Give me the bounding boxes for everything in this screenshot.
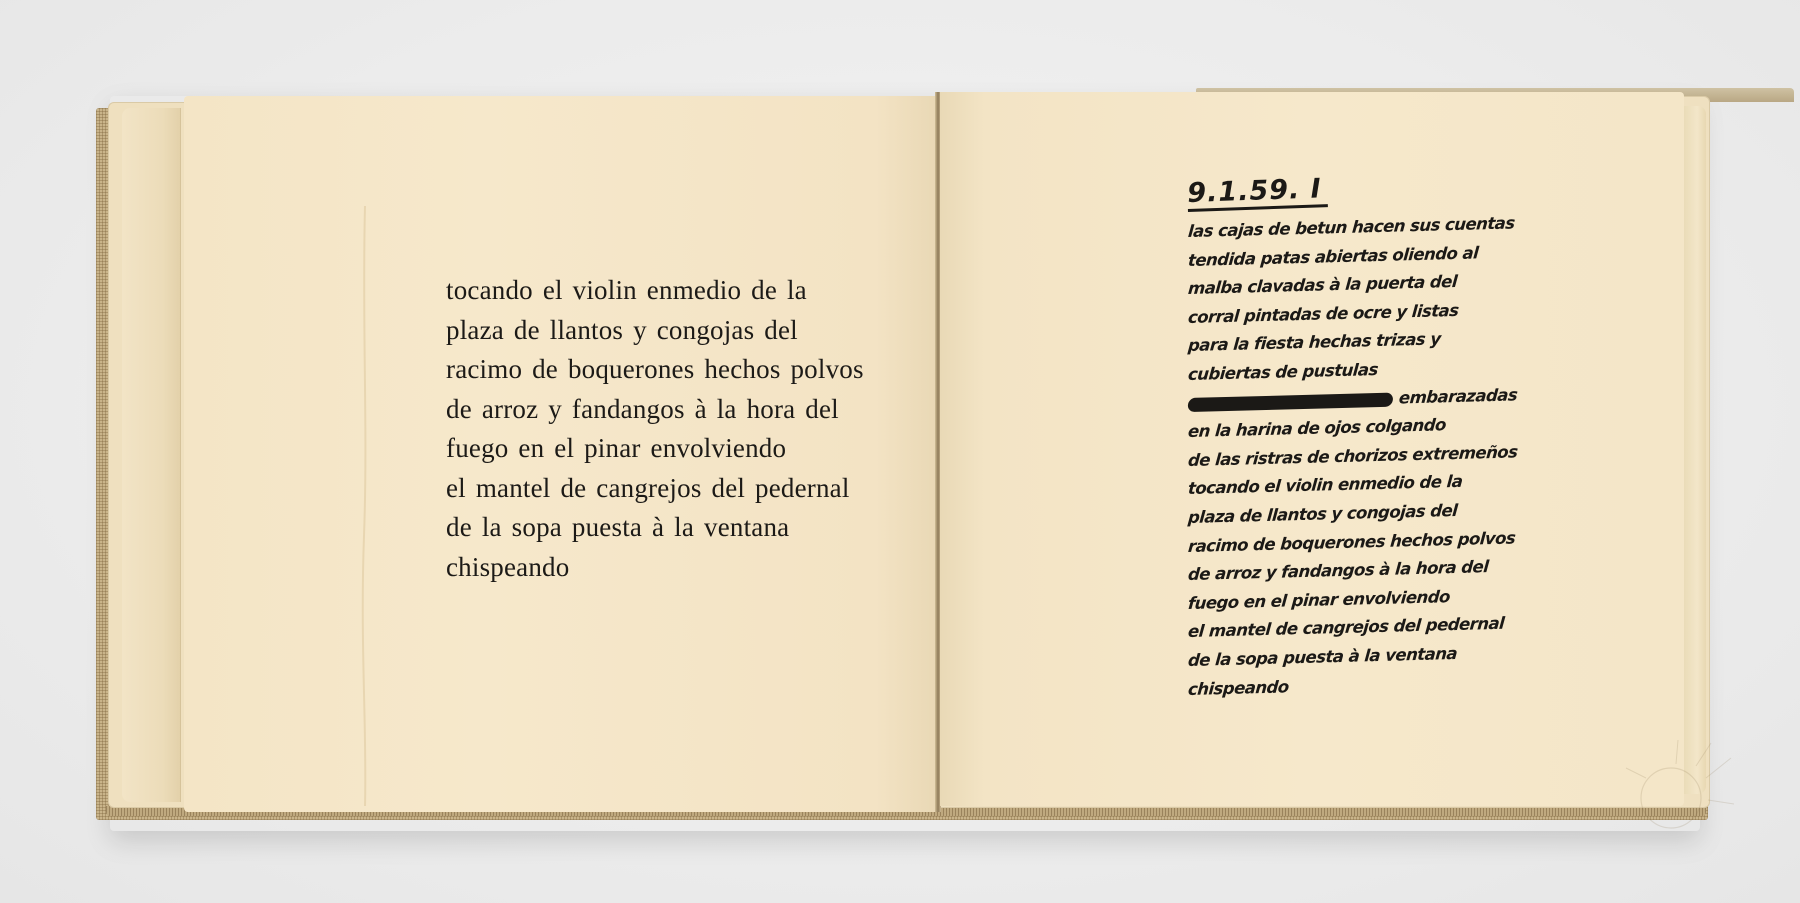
manuscript-lines: las cajas de betun hacen sus cuentas ten… — [1188, 218, 1548, 704]
manuscript-line-text: embarazadas — [1398, 385, 1518, 407]
poem-line: de la sopa puesta à la ventana — [446, 508, 864, 548]
right-page: 9.1.59. I las cajas de betun hacen sus c… — [940, 92, 1684, 806]
printed-poem: tocando el violin enmedio de la plaza de… — [446, 271, 864, 587]
poem-line: plaza de llantos y congojas del — [446, 311, 864, 351]
poem-line: fuego en el pinar envolviendo — [446, 429, 864, 469]
poem-line: de arroz y fandangos à la hora del — [446, 390, 864, 430]
poem-line: tocando el violin enmedio de la — [446, 271, 864, 311]
poem-line: chispeando — [446, 548, 864, 588]
handwritten-manuscript: 9.1.59. I las cajas de betun hacen sus c… — [1188, 178, 1548, 704]
left-page: tocando el violin enmedio de la plaza de… — [184, 96, 936, 812]
sun-sketch-show-through — [1616, 738, 1736, 838]
scribble-strikethrough — [1187, 392, 1393, 411]
page-crease — [360, 206, 370, 806]
open-book: tocando el violin enmedio de la plaza de… — [96, 88, 1704, 820]
manuscript-date: 9.1.59. I — [1187, 173, 1328, 212]
poem-line: racimo de boquerones hechos polvos — [446, 350, 864, 390]
poem-line: el mantel de cangrejos del pedernal — [446, 469, 864, 509]
